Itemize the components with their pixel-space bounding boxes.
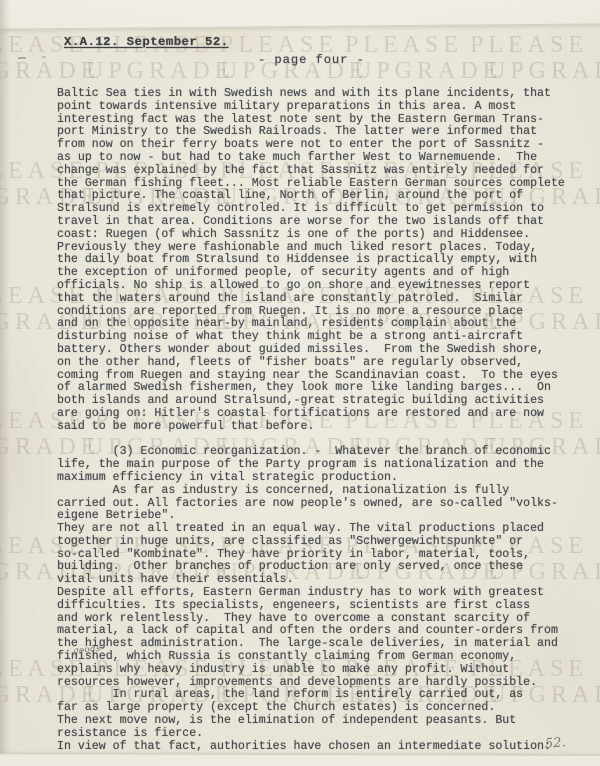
document-body: Baltic Sea ties in with Swedish news and…	[57, 88, 565, 753]
body-line: explains why heavy industry is unable to…	[57, 664, 565, 677]
body-line: are going on: Hitler's coastal fortifica…	[57, 408, 565, 421]
body-line: said to be more powerful that before.	[57, 421, 565, 434]
body-line: resistance is fierce.	[57, 728, 565, 741]
body-line: In view of that fact, authorities have c…	[57, 741, 565, 754]
body-line: life, the main purpose of the Party prog…	[57, 459, 565, 472]
body-line: Despite all efforts, Eastern German indu…	[57, 587, 565, 600]
body-line: change was explained by the fact that Sa…	[57, 165, 565, 178]
watermark-word: UPGRADE	[488, 58, 600, 85]
body-line: that the waters around the island are co…	[57, 293, 565, 306]
pencil-marks	[18, 55, 68, 61]
watermark-word: PLEASE	[470, 32, 588, 59]
paper-left-edge-shadow	[0, 0, 10, 766]
body-line: as up to now - but had to take much fart…	[57, 152, 565, 165]
handwritten-page-number: 52.	[545, 735, 567, 751]
page-label: - page four -	[258, 53, 365, 67]
body-line: coast: Ruegen (of which Sassnitz is one …	[57, 229, 565, 242]
body-line: They are not all treated in an equal way…	[57, 523, 565, 536]
body-line: As far as industry is concerned, nationa…	[57, 485, 565, 498]
body-line: together in huge units, are classified a…	[57, 536, 565, 549]
body-line: difficulties. Its specialists, engeneers…	[57, 600, 565, 613]
body-line: The next move now, is the elimination of…	[57, 715, 565, 728]
body-line: point towards intensive military prepara…	[57, 101, 565, 114]
body-line: finished, which Russia is constantly cla…	[57, 651, 565, 664]
body-line: on the other hand, fleets of "fisher boa…	[57, 357, 565, 370]
body-line: Baltic Sea ties in with Swedish news and…	[57, 88, 565, 101]
body-line: travel in that area. Conditions are wors…	[57, 216, 565, 229]
scanned-document-page: PLEASEPLEASEPLEASEPLEASEPLEASEUPGRADEUPG…	[0, 0, 600, 766]
body-line: battery. Others wonder about guided miss…	[57, 344, 565, 357]
body-line: maximum efficiency in vital strategic pr…	[57, 472, 565, 485]
body-line: officials. No ship is allowed to go on s…	[57, 280, 565, 293]
paper-top-edge	[0, 0, 600, 30]
watermark-word: UPGRADE	[354, 58, 502, 85]
document-reference: X.A.12. September 52.	[64, 35, 229, 49]
paper-bottom-edge	[0, 753, 600, 766]
watermark-word: UPGRADE	[0, 58, 100, 85]
body-line: both islands and around Stralsund,-great…	[57, 395, 565, 408]
